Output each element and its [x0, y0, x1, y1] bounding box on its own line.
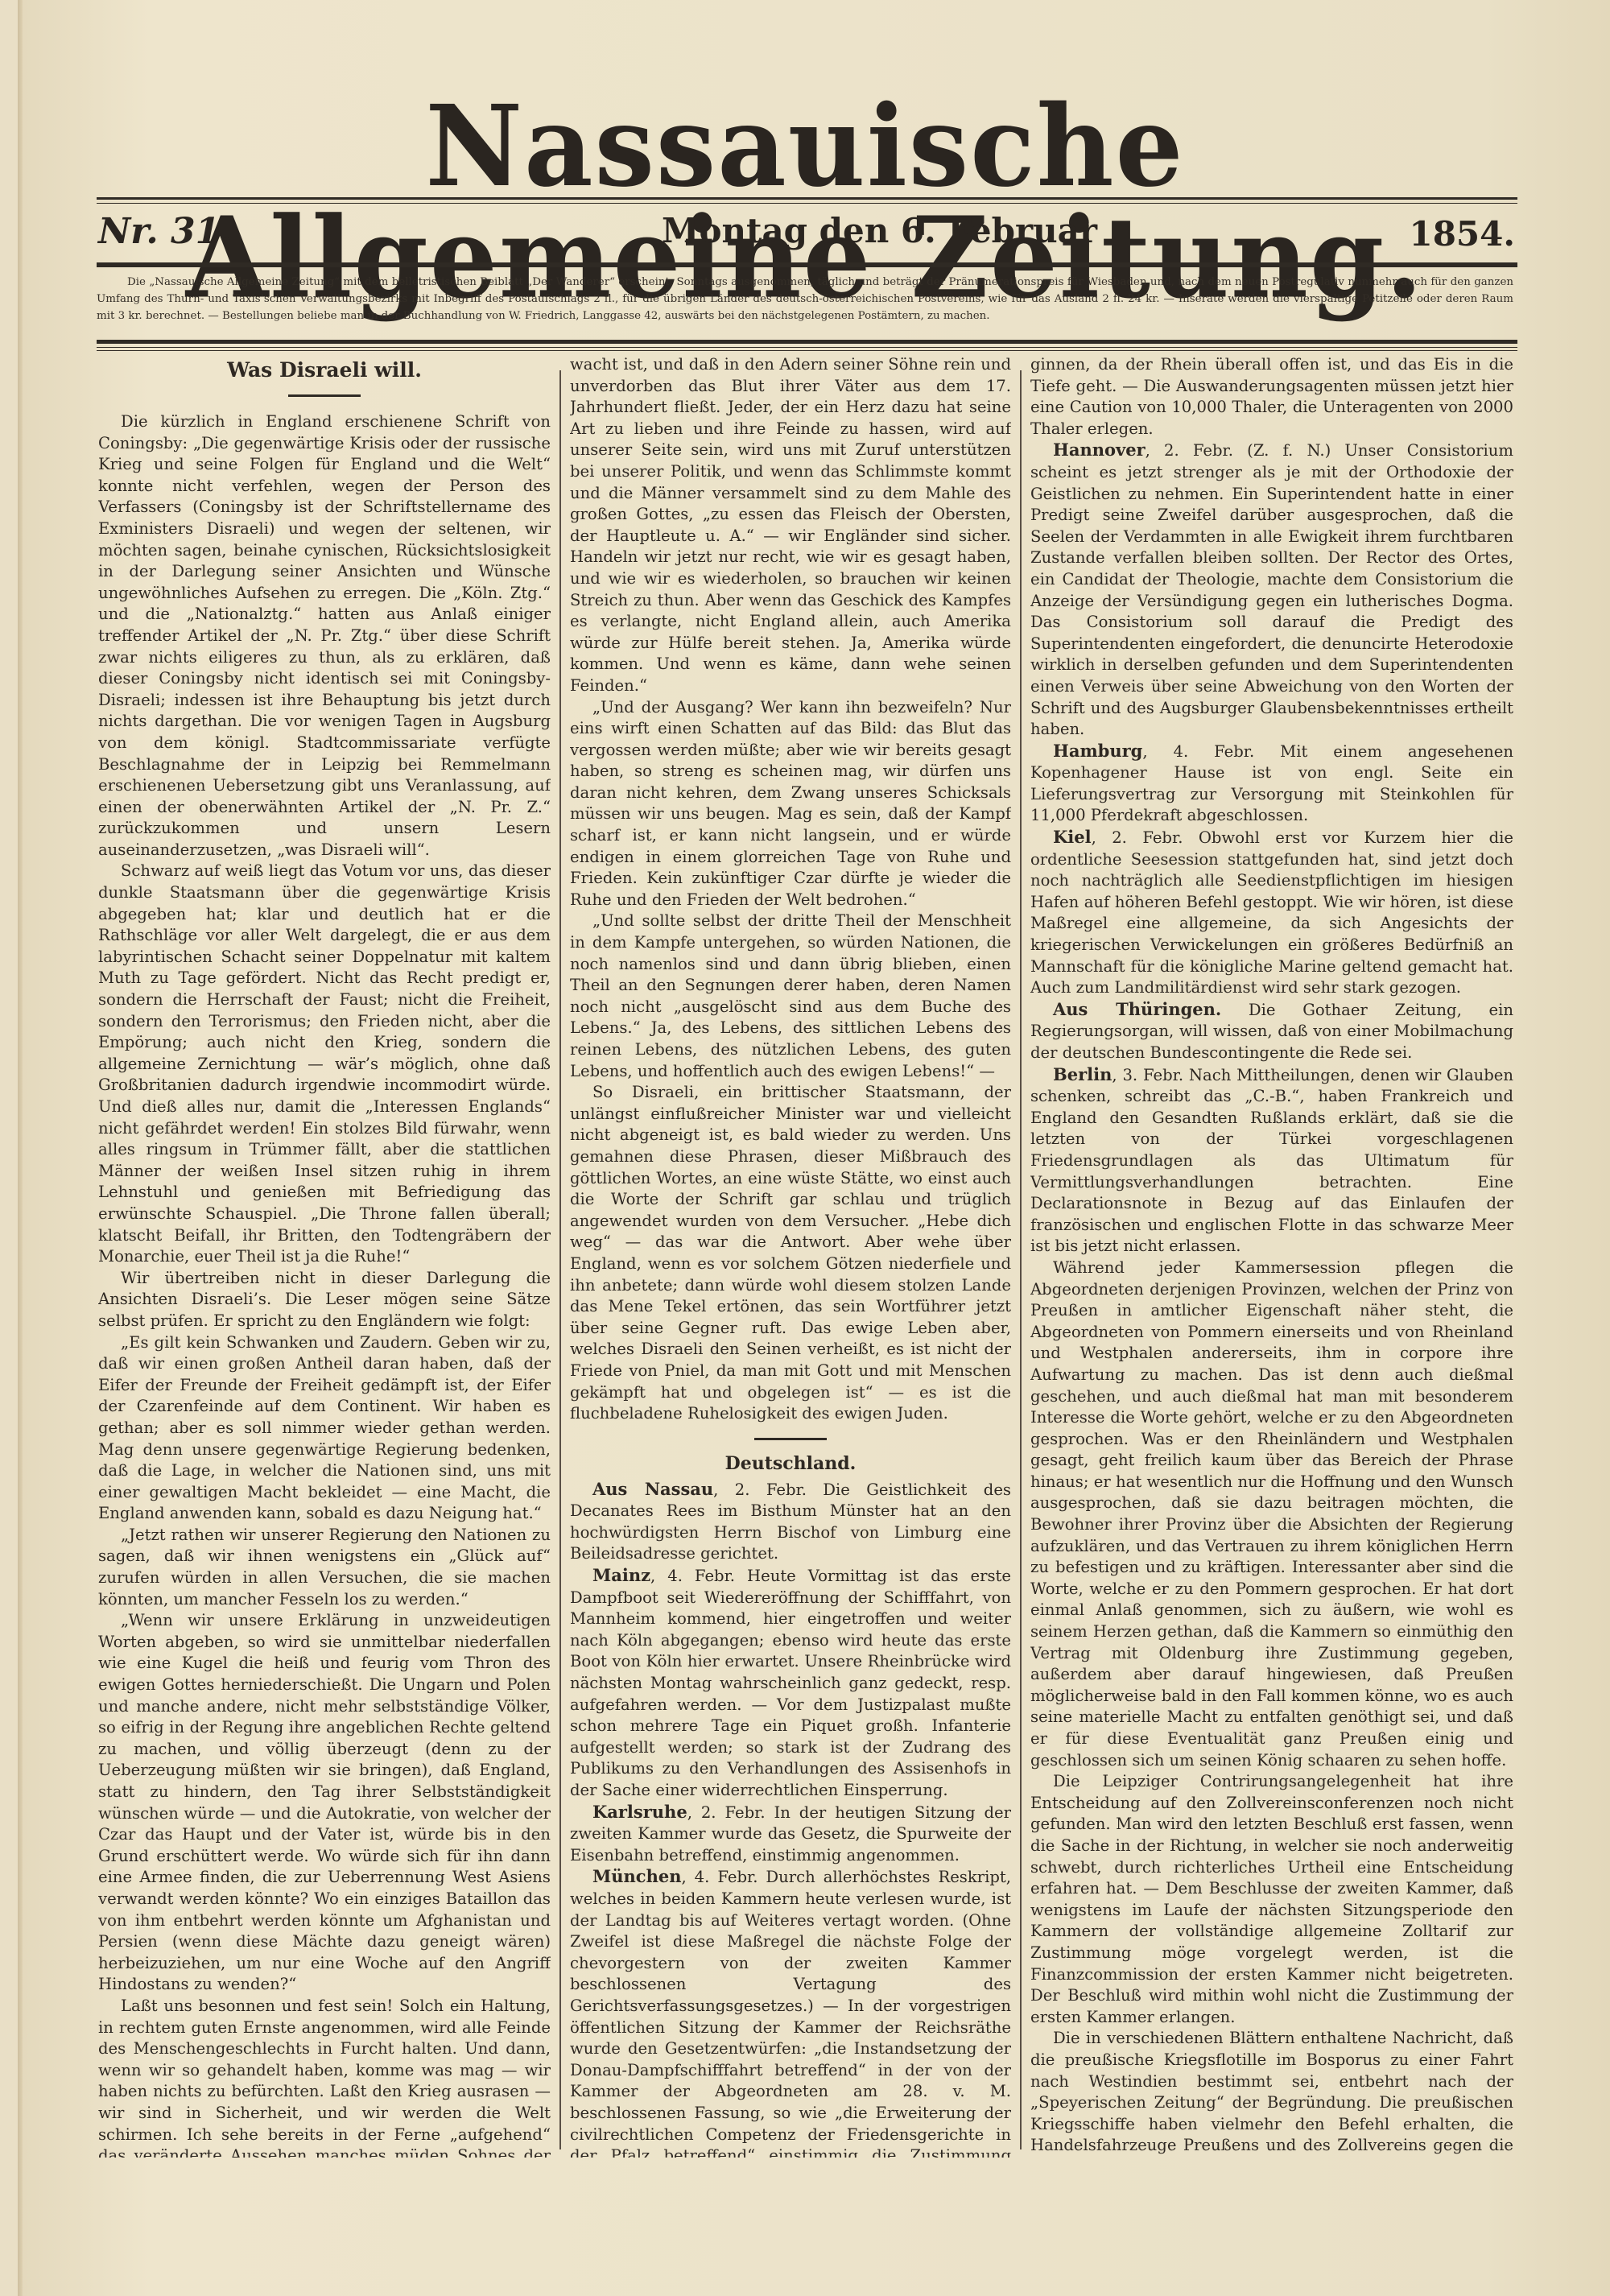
issue-date: Montag den 6. Februar — [662, 211, 1097, 250]
notice-rule-thin — [97, 347, 1517, 348]
headline-rule — [288, 394, 361, 397]
news-text: Nach Mittheilungen, denen wir Glauben sc… — [1030, 1066, 1513, 1256]
news-item: Mainz, 4. Febr. Heute Vormittag ist das … — [570, 1565, 1011, 1802]
column-divider-1 — [559, 370, 561, 2149]
news-item: Berlin, 3. Febr. Nach Mittheilungen, den… — [1030, 1064, 1513, 1257]
news-text: Obwohl erst vor Kurzem hier die ordentli… — [1030, 828, 1513, 997]
article-paragraph: wacht ist, und daß in den Adern seiner S… — [570, 354, 1011, 697]
news-date: , 4. Febr. — [650, 1567, 735, 1585]
column-1: Was Disraeli will. Die kürzlich in Engla… — [98, 354, 551, 2158]
article-paragraph: „Jetzt rathen wir unserer Regierung den … — [98, 1525, 551, 1610]
dateline-rule — [97, 262, 1517, 267]
masthead-rule-thin — [97, 203, 1517, 204]
section-heading-deutschland: Deutschland. — [570, 1452, 1011, 1476]
article-paragraph: So Disraeli, ein brittischer Staatsmann,… — [570, 1082, 1011, 1425]
news-place: München — [592, 1866, 681, 1886]
news-place: Aus Thüringen. — [1053, 999, 1221, 1019]
article-paragraph: „Es gilt kein Schwanken und Zaudern. Geb… — [98, 1332, 551, 1525]
news-date: , 2. Febr. — [1092, 828, 1183, 847]
article-paragraph: „Und der Ausgang? Wer kann ihn bezweifel… — [570, 697, 1011, 911]
article-paragraph: ginnen, da der Rhein überall offen ist, … — [1030, 354, 1513, 440]
news-item: Aus Nassau, 2. Febr. Die Geistlichkeit d… — [570, 1479, 1011, 1565]
article-headline: Was Disraeli will. — [98, 357, 551, 383]
masthead-rule-top — [97, 197, 1517, 200]
news-date: , 4. Febr. — [1142, 742, 1254, 761]
news-date: , 3. Febr. — [1112, 1066, 1183, 1084]
section-rule — [754, 1438, 827, 1440]
article-paragraph: Die Leipziger Contrirungsangelegenheit h… — [1030, 1771, 1513, 2028]
news-date: , 2. Febr. — [687, 1803, 766, 1822]
article-paragraph: Während jeder Kammersession pflegen die … — [1030, 1257, 1513, 1771]
news-place: Hamburg — [1053, 741, 1142, 761]
issue-year: 1854. — [1409, 214, 1515, 254]
news-place: Kiel — [1053, 827, 1092, 847]
news-date: , 2. Febr. — [713, 1480, 807, 1499]
article-paragraph: „Und sollte selbst der dritte Theil der … — [570, 911, 1011, 1082]
news-text: (Z. f. N.) Unser Consistorium scheint es… — [1030, 441, 1513, 738]
article-paragraph: Laßt uns besonnen und fest sein! Solch e… — [98, 1996, 551, 2158]
news-place: Mainz — [592, 1565, 650, 1585]
subscription-notice: Die „Nassauische Allgemeine Zeitung“ mit… — [97, 274, 1513, 324]
news-date: , 2. Febr. — [1146, 441, 1233, 460]
news-place: Hannover — [1053, 440, 1146, 460]
news-place: Karlsruhe — [592, 1802, 687, 1822]
news-item: Kiel, 2. Febr. Obwohl erst vor Kurzem hi… — [1030, 827, 1513, 999]
news-date: , 4. Febr. — [681, 1868, 758, 1886]
notice-rule-thick — [97, 340, 1517, 344]
article-paragraph: Die in verschiedenen Blättern enthaltene… — [1030, 2028, 1513, 2158]
column-2: wacht ist, und daß in den Adern seiner S… — [570, 354, 1011, 2158]
article-paragraph: „Wenn wir unsere Erklärung in unzweideut… — [98, 1610, 551, 1996]
news-text: Durch allerhöchstes Reskript, welches in… — [570, 1868, 1011, 2158]
column-3: ginnen, da der Rhein überall offen ist, … — [1030, 354, 1513, 2158]
article-paragraph: Schwarz auf weiß liegt das Votum vor uns… — [98, 861, 551, 1267]
article-paragraph: Wir übertreiben nicht in dieser Darlegun… — [98, 1268, 551, 1332]
column-divider-2 — [1020, 370, 1022, 2149]
news-place: Berlin — [1053, 1064, 1112, 1084]
news-item: Karlsruhe, 2. Febr. In der heutigen Sitz… — [570, 1802, 1011, 1867]
dateline: Nr. 31. Montag den 6. Februar 1854. — [98, 211, 1515, 259]
issue-number: Nr. 31. — [98, 211, 233, 252]
news-item: Aus Thüringen. Die Gothaer Zeitung, ein … — [1030, 999, 1513, 1064]
news-item: Hamburg, 4. Febr. Mit einem angesehenen … — [1030, 741, 1513, 827]
news-item: Hannover, 2. Febr. (Z. f. N.) Unser Cons… — [1030, 440, 1513, 740]
news-text: Heute Vormittag ist das erste Dampfboot … — [570, 1567, 1011, 1799]
news-place: Aus Nassau — [592, 1479, 713, 1499]
article-paragraph: Die kürzlich in England erschienene Schr… — [98, 411, 551, 861]
notice-rule-thin-2 — [97, 350, 1517, 351]
news-item: München, 4. Febr. Durch allerhöchstes Re… — [570, 1866, 1011, 2158]
